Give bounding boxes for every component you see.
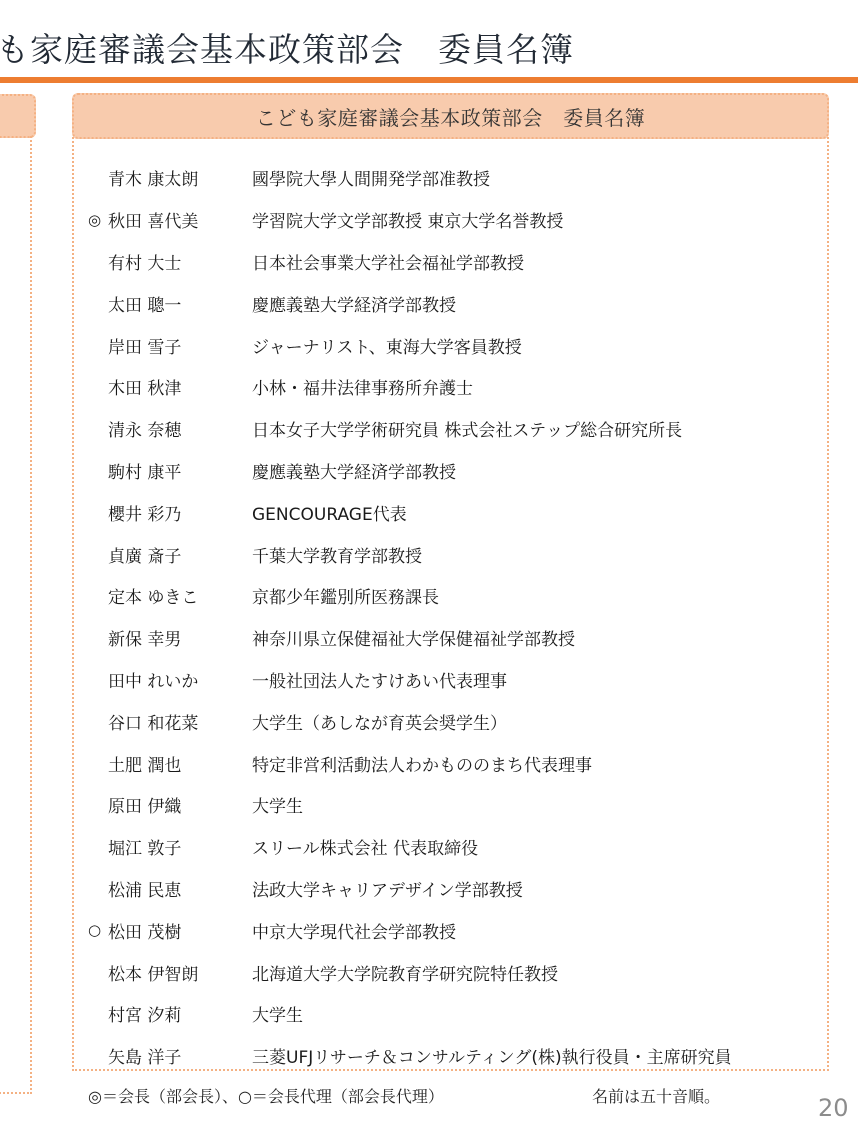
legend-text: ◎＝会長（部会長）、○＝会長代理（部会長代理）	[88, 1084, 444, 1107]
member-name: 原田 伊織	[108, 792, 181, 817]
member-name: 松本 伊智朗	[108, 960, 198, 985]
member-row: 有村 大士日本社会事業大学社会福祉学部教授	[74, 241, 827, 283]
member-name: 青木 康太朗	[108, 165, 198, 190]
member-row: 櫻井 彩乃GENCOURAGE代表	[74, 491, 827, 533]
member-row: 松浦 民恵法政大学キャリアデザイン学部教授	[74, 868, 827, 910]
member-row: 新保 幸男神奈川県立保健福祉大学保健福祉学部教授	[74, 617, 827, 659]
member-affiliation: 慶應義塾大学経済学部教授	[252, 458, 456, 483]
member-row: 定本 ゆきこ京都少年鑑別所医務課長	[74, 575, 827, 617]
member-row: 堀江 敦子スリール株式会社 代表取締役	[74, 826, 827, 868]
member-name: 岸田 雪子	[108, 333, 181, 358]
member-name: 田中 れいか	[108, 667, 198, 692]
left-panel-body	[0, 136, 32, 1094]
member-name: 太田 聰一	[108, 291, 181, 316]
member-row: 駒村 康平慶應義塾大学経済学部教授	[74, 450, 827, 492]
member-name: 松田 茂樹	[108, 918, 181, 943]
member-name: 新保 幸男	[108, 625, 181, 650]
member-affiliation: 千葉大学教育学部教授	[252, 542, 422, 567]
member-row: 貞廣 斎子千葉大学教育学部教授	[74, 533, 827, 575]
member-list: 青木 康太朗國學院大學人間開発学部准教授◎秋田 喜代美学習院大学文学部教授 東京…	[74, 157, 827, 1077]
member-row: 岸田 雪子ジャーナリスト、東海大学客員教授	[74, 324, 827, 366]
member-affiliation: 小林・福井法律事務所弁護士	[252, 374, 473, 399]
member-name: 谷口 和花菜	[108, 709, 198, 734]
member-name: 矢島 洋子	[108, 1043, 181, 1068]
roster-panel: 青木 康太朗國學院大學人間開発学部准教授◎秋田 喜代美学習院大学文学部教授 東京…	[72, 137, 829, 1071]
member-name: 清永 奈穂	[108, 416, 181, 441]
member-name: 村宮 汐莉	[108, 1001, 181, 1026]
member-affiliation: 法政大学キャリアデザイン学部教授	[252, 876, 523, 901]
member-row: 清永 奈穂日本女子大学学術研究員 株式会社ステップ総合研究所長	[74, 408, 827, 450]
member-name: 定本 ゆきこ	[108, 583, 198, 608]
member-affiliation: 中京大学現代社会学部教授	[252, 918, 456, 943]
member-name: 貞廣 斎子	[108, 542, 181, 567]
member-row: 太田 聰一慶應義塾大学経済学部教授	[74, 282, 827, 324]
member-name: 土肥 潤也	[108, 751, 181, 776]
member-row: 木田 秋津小林・福井法律事務所弁護士	[74, 366, 827, 408]
role-mark: ○	[88, 921, 108, 939]
member-row: 原田 伊織大学生	[74, 784, 827, 826]
member-affiliation: 日本女子大学学術研究員 株式会社ステップ総合研究所長	[252, 416, 682, 441]
member-row: 田中 れいか一般社団法人たすけあい代表理事	[74, 659, 827, 701]
member-row: 谷口 和花菜大学生（あしなが育英会奨学生）	[74, 700, 827, 742]
member-name: 堀江 敦子	[108, 834, 181, 859]
member-affiliation: 慶應義塾大学経済学部教授	[252, 291, 456, 316]
member-row: 青木 康太朗國學院大學人間開発学部准教授	[74, 157, 827, 199]
member-affiliation: スリール株式会社 代表取締役	[252, 834, 478, 859]
member-name: 秋田 喜代美	[108, 207, 198, 232]
member-affiliation: 大学生（あしなが育英会奨学生）	[252, 709, 507, 734]
member-affiliation: 一般社団法人たすけあい代表理事	[252, 667, 507, 692]
member-row: 村宮 汐莉大学生	[74, 993, 827, 1035]
member-affiliation: 大学生	[252, 1001, 303, 1026]
member-affiliation: 北海道大学大学院教育学研究院特任教授	[252, 960, 558, 985]
page-number: 20	[818, 1094, 849, 1122]
member-name: 駒村 康平	[108, 458, 181, 483]
roster-header: こども家庭審議会基本政策部会 委員名簿	[72, 93, 829, 139]
member-name: 松浦 民恵	[108, 876, 181, 901]
title-divider	[0, 77, 858, 83]
member-affiliation: 日本社会事業大学社会福祉学部教授	[252, 249, 524, 274]
member-affiliation: ジャーナリスト、東海大学客員教授	[252, 333, 522, 358]
member-name: 櫻井 彩乃	[108, 500, 181, 525]
ordering-note: 名前は五十音順。	[592, 1084, 720, 1107]
member-affiliation: 学習院大学文学部教授 東京大学名誉教授	[252, 207, 563, 232]
member-affiliation: 京都少年鑑別所医務課長	[252, 583, 439, 608]
member-name: 木田 秋津	[108, 374, 181, 399]
member-affiliation: GENCOURAGE代表	[252, 500, 407, 525]
member-affiliation: 大学生	[252, 792, 303, 817]
member-affiliation: 國學院大學人間開発学部准教授	[252, 165, 490, 190]
member-row: 松本 伊智朗北海道大学大学院教育学研究院特任教授	[74, 951, 827, 993]
member-row: 矢島 洋子三菱UFJリサーチ＆コンサルティング(株)執行役員・主席研究員	[74, 1035, 827, 1077]
member-row: ◎秋田 喜代美学習院大学文学部教授 東京大学名誉教授	[74, 199, 827, 241]
member-affiliation: 神奈川県立保健福祉大学保健福祉学部教授	[252, 625, 575, 650]
slide-title: も家庭審議会基本政策部会 委員名簿	[0, 30, 574, 70]
member-affiliation: 三菱UFJリサーチ＆コンサルティング(株)執行役員・主席研究員	[252, 1043, 732, 1068]
role-mark: ◎	[88, 211, 108, 229]
member-affiliation: 特定非営利活動法人わかもののまち代表理事	[252, 751, 592, 776]
member-name: 有村 大士	[108, 249, 181, 274]
member-row: ○松田 茂樹中京大学現代社会学部教授	[74, 909, 827, 951]
left-panel-header	[0, 94, 36, 138]
member-row: 土肥 潤也特定非営利活動法人わかもののまち代表理事	[74, 742, 827, 784]
